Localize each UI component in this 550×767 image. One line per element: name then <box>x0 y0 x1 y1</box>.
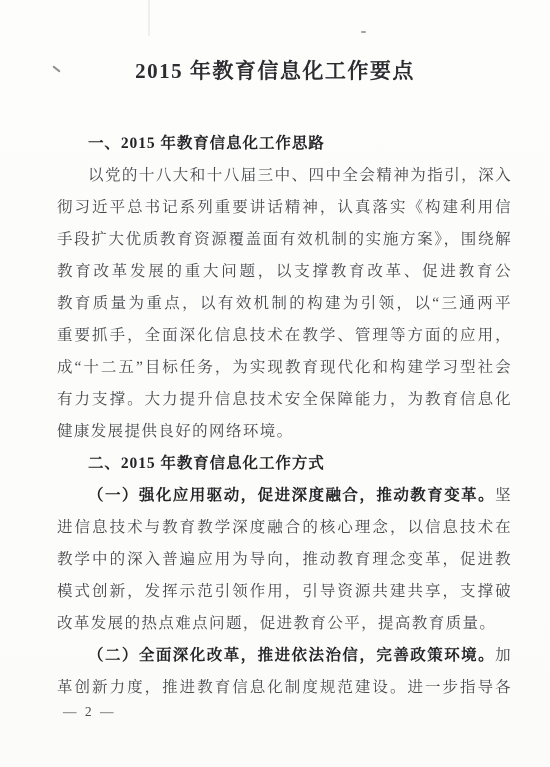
section-heading: 二、2015 年教育信息化工作方式 <box>57 448 512 480</box>
body-line: 教学中的深入普遍应用为导向，推动教育理念变革，促进教育教学 <box>57 544 512 576</box>
body-line: 彻习近平总书记系列重要讲话精神，认真落实《构建利用信息化 <box>57 192 512 224</box>
page-number: — 2 — <box>63 704 116 720</box>
body-line: 健康发展提供良好的网络环境。 <box>57 416 512 448</box>
body-line: （一）强化应用驱动，促进深度融合，推动教育变革。坚持促 <box>57 480 512 512</box>
clause-heading: （二）全面深化改革，推进依法治信，完善政策环境。 <box>88 647 495 664</box>
document-body: 一、2015 年教育信息化工作思路 以党的十八大和十八届三中、四中全会精神为指引… <box>57 128 512 704</box>
section-heading: 一、2015 年教育信息化工作思路 <box>57 128 512 160</box>
body-line: 革创新力度，推进教育信息化制度规范建设。进一步指导各地深 <box>57 672 512 704</box>
body-line: 重要抓手，全面深化信息技术在教学、管理等方面的应用，全面完 <box>57 320 512 352</box>
body-line: 手段扩大优质教育资源覆盖面有效机制的实施方案》，围绕解决 <box>57 224 512 256</box>
scan-artifact <box>148 0 150 36</box>
body-line: 模式创新，发挥示范引领作用，引导资源共建共享，支撑破解教育 <box>57 576 512 608</box>
body-line: 进信息技术与教育教学深度融合的核心理念，以信息技术在教育 <box>57 512 512 544</box>
body-line: 改革发展的热点难点问题，促进教育公平，提高教育质量。 <box>57 608 512 640</box>
body-line: 以党的十八大和十八届三中、四中全会精神为指引，深入贯 <box>57 160 512 192</box>
clause-heading: （一）强化应用驱动，促进深度融合，推动教育变革。 <box>88 487 495 504</box>
body-line: （二）全面深化改革，推进依法治信，完善政策环境。加大改 <box>57 640 512 672</box>
document-page: 2015 年教育信息化工作要点 一、2015 年教育信息化工作思路 以党的十八大… <box>0 0 550 767</box>
body-line: 教育质量为重点，以有效机制的构建为引领，以“三通两平台”为 <box>57 288 512 320</box>
body-line: 成“十二五”目标任务，为实现教育现代化和构建学习型社会提供 <box>57 352 512 384</box>
document-title: 2015 年教育信息化工作要点 <box>0 56 550 86</box>
body-line: 教育改革发展的重大问题，以支撑教育改革、促进教育公平、提高 <box>57 256 512 288</box>
body-line: 有力支撑。大力提升信息技术安全保障能力，为教育信息化持续 <box>57 384 512 416</box>
scan-artifact <box>361 31 366 33</box>
